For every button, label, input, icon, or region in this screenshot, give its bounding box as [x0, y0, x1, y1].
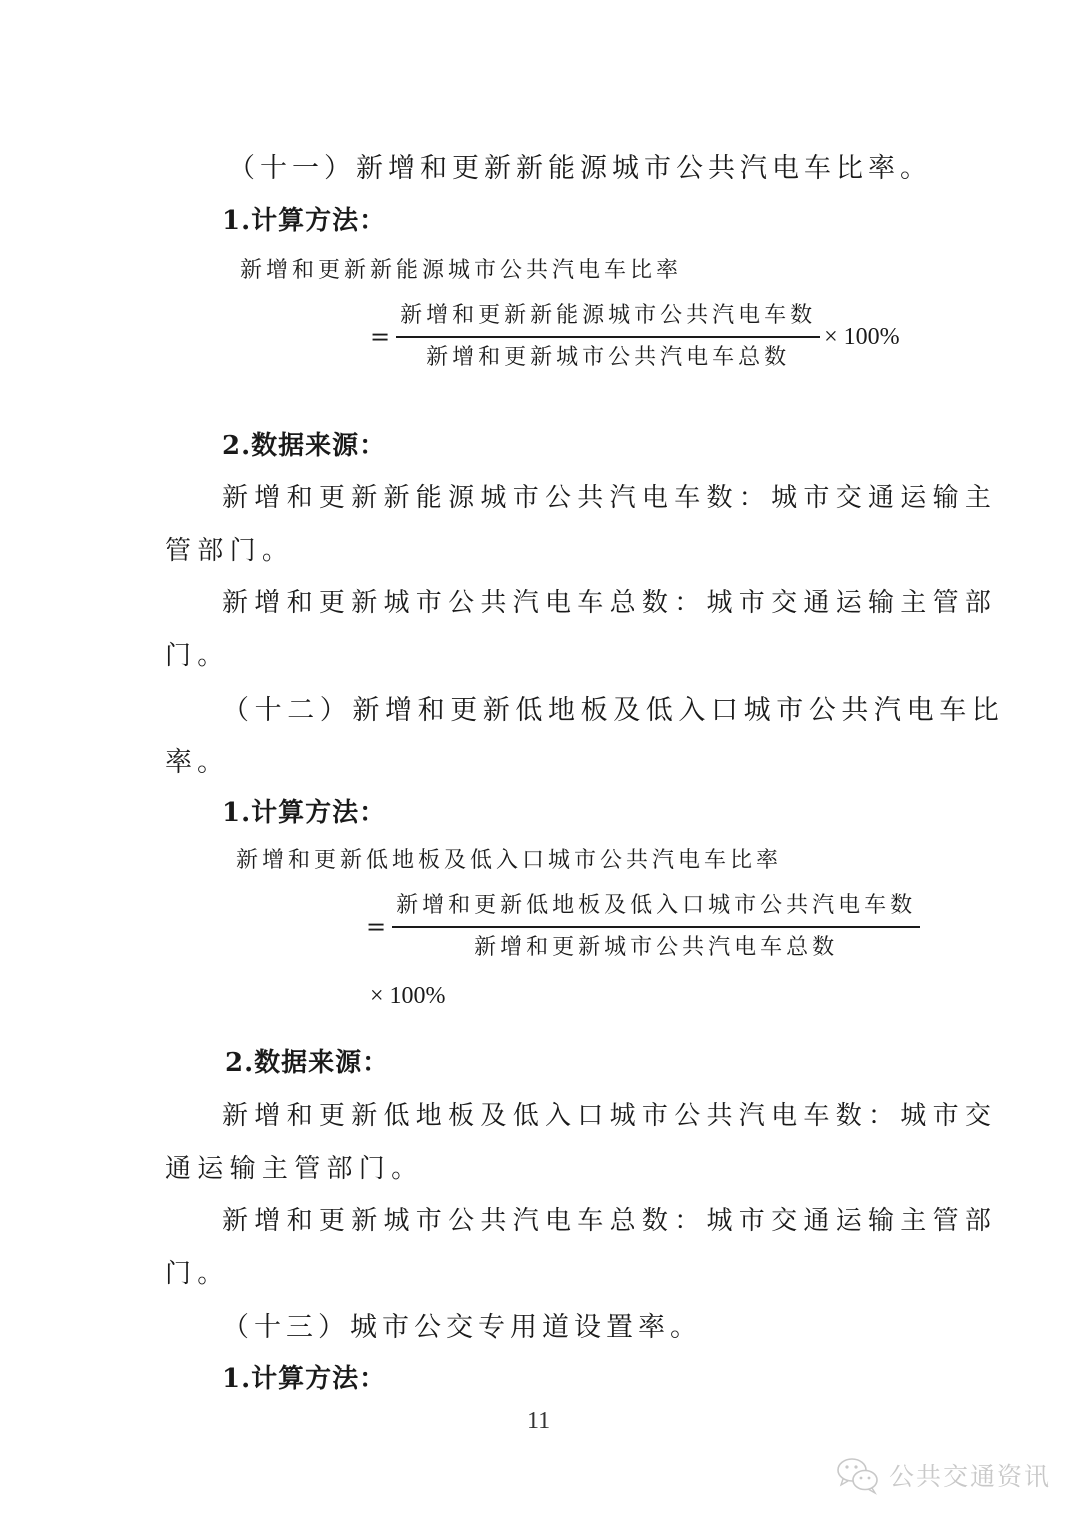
fraction-bar: [396, 336, 820, 338]
section-12-source-2-line2: 门。: [165, 1253, 230, 1290]
denominator: 新增和更新城市公共汽电车总数: [470, 932, 842, 964]
section-11-heading: （十一）新增和更新新能源城市公共汽电车比率。: [228, 146, 932, 185]
section-13-method-label: 1.计算方法：: [222, 1358, 386, 1395]
section-11-source-2-line1: 新增和更新城市公共汽电车总数：城市交通运输主管部: [222, 582, 997, 619]
numerator: 新增和更新新能源城市公共汽电车数: [396, 300, 820, 332]
section-11-source-1-line2: 管部门。: [165, 530, 294, 567]
multiplier: × 100%: [824, 324, 900, 351]
section-12-formula-lhs: 新增和更新低地板及低入口城市公共汽电车比率: [236, 843, 782, 874]
section-13-heading: （十三）城市公交专用道设置率。: [222, 1305, 702, 1344]
watermark-text: 公共交通资讯: [889, 1457, 1051, 1493]
equals-sign: =: [366, 913, 386, 941]
section-12-source-1-line1: 新增和更新低地板及低入口城市公共汽电车数：城市交: [222, 1095, 997, 1132]
section-11-method-label: 1.计算方法：: [222, 200, 386, 237]
section-11-source-1-line1: 新增和更新新能源城市公共汽电车数：城市交通运输主: [222, 477, 997, 514]
section-11-formula: = 新增和更新新能源城市公共汽电车数 新增和更新城市公共汽电车总数 × 100%: [370, 300, 900, 374]
section-11-source-2-line2: 门。: [165, 635, 230, 672]
section-12-source-1-line2: 通运输主管部门。: [165, 1148, 423, 1185]
section-12-formula: = 新增和更新低地板及低入口城市公共汽电车数 新增和更新城市公共汽电车总数: [366, 890, 920, 964]
section-12-source-label: 2.数据来源：: [225, 1042, 389, 1079]
fraction: 新增和更新新能源城市公共汽电车数 新增和更新城市公共汽电车总数: [396, 300, 820, 374]
wechat-icon: [835, 1455, 881, 1495]
watermark: 公共交通资讯: [835, 1455, 1051, 1495]
section-11-source-label: 2.数据来源：: [222, 425, 386, 462]
fraction-bar: [392, 926, 920, 928]
section-12-heading-line2: 率。: [165, 740, 229, 779]
section-12-method-label: 1.计算方法：: [222, 792, 386, 829]
denominator: 新增和更新城市公共汽电车总数: [422, 342, 794, 374]
section-12-heading-line1: （十二）新增和更新低地板及低入口城市公共汽电车比: [222, 688, 1004, 727]
equals-sign: =: [370, 323, 390, 351]
fraction: 新增和更新低地板及低入口城市公共汽电车数 新增和更新城市公共汽电车总数: [392, 890, 920, 964]
section-11-formula-lhs: 新增和更新新能源城市公共汽电车比率: [240, 253, 682, 284]
numerator: 新增和更新低地板及低入口城市公共汽电车数: [392, 890, 920, 922]
section-12-multiplier: × 100%: [370, 983, 446, 1010]
page-number: 11: [527, 1408, 550, 1435]
section-12-source-2-line1: 新增和更新城市公共汽电车总数：城市交通运输主管部: [222, 1200, 997, 1237]
